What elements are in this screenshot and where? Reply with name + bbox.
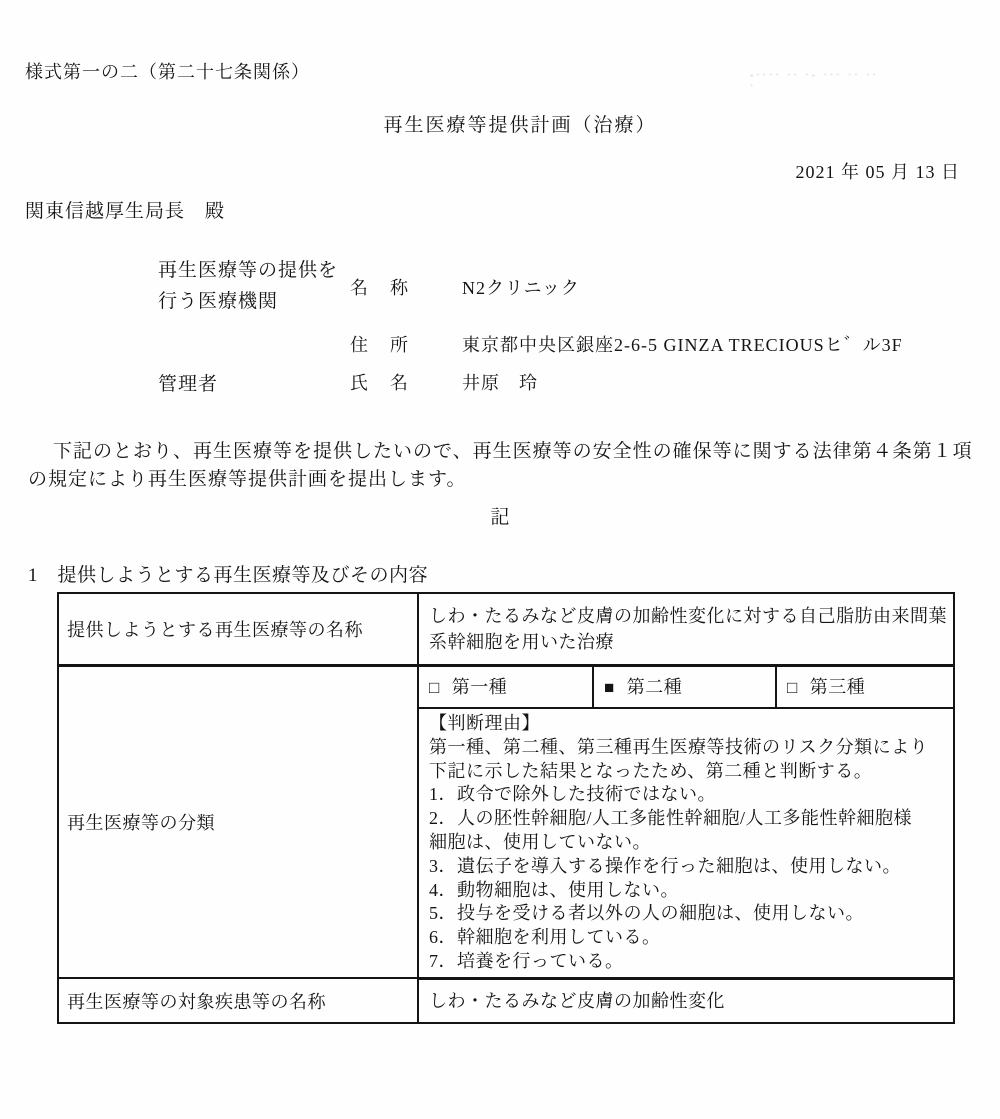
provider-label-line2: 行う医療機関 [158,286,338,317]
checkbox-unchecked-icon: □ [429,675,440,701]
classification-option-label: 第二種 [627,677,683,697]
classification-option-label: 第三種 [810,677,866,697]
ki-marker: 記 [0,502,1000,529]
form-number-label: 様式第一の二（第二十七条関係） [25,58,310,84]
provision-plan-table-wrapper: 提供しようとする再生医療等の名称 しわ・たるみなど皮膚の加齢性変化に対する自己脂… [57,592,955,1024]
classification-option-label: 第一種 [452,677,508,697]
manager-name-row: 氏 名井原 玲 [350,369,538,395]
faint-stamp-marks: -···· ·· ·- ··· ·· ·· · [750,70,880,92]
target-disease-label-cell: 再生医療等の対象疾患等の名称 [58,978,418,1023]
checkbox-checked-icon: ■ [604,675,615,701]
manager-label: 管理者 [158,369,218,396]
document-title: 再生医療等提供計画（治療） [0,110,1000,137]
treatment-name-label-cell: 提供しようとする再生医療等の名称 [58,593,418,666]
manager-name-field-value: 井原 玲 [462,373,538,393]
section-1-heading: 1 提供しようとする再生医療等及びその内容 [28,560,428,587]
addressee-line: 関東信越厚生局長 殿 [25,196,225,223]
document-date: 2021 年 05 月 13 日 [796,158,961,184]
target-disease-value-cell: しわ・たるみなど皮膚の加齢性変化 [418,978,954,1023]
manager-name-field-label: 氏 名 [350,369,410,395]
institution-name-row: 名 称N2クリニック [350,274,580,300]
classification-option-class3: □第三種 [776,666,954,709]
statement-paragraph: 下記のとおり、再生医療等を提供したいので、再生医療等の安全性の確保等に関する法律… [28,438,980,494]
table-row-treatment-name: 提供しようとする再生医療等の名称 しわ・たるみなど皮膚の加齢性変化に対する自己脂… [58,593,954,666]
provision-plan-table: 提供しようとする再生医療等の名称 しわ・たるみなど皮膚の加齢性変化に対する自己脂… [57,592,955,1024]
provider-institution-label: 再生医療等の提供を 行う医療機関 [158,255,338,317]
table-row-target-disease: 再生医療等の対象疾患等の名称 しわ・たるみなど皮膚の加齢性変化 [58,978,954,1023]
classification-option-class1: □第一種 [418,666,593,709]
classification-reason-cell: 【判断理由】 第一種、第二種、第三種再生医療等技術のリスク分類により 下記に示し… [418,708,954,978]
name-field-value: N2クリニック [462,278,580,298]
table-row-classification-options: 再生医療等の分類 □第一種 ■第二種 □第三種 [58,666,954,709]
document-page: 様式第一の二（第二十七条関係） -···· ·· ·- ··· ·· ·· · … [0,0,1000,1119]
name-field-label: 名 称 [350,274,410,300]
institution-address-row: 住 所東京都中央区銀座2-6-5 GINZA TRECIOUSヒ゛ル3F [350,331,903,357]
classification-option-class2: ■第二種 [593,666,776,709]
treatment-name-value-cell: しわ・たるみなど皮膚の加齢性変化に対する自己脂肪由来間葉系幹細胞を用いた治療 [418,593,954,666]
classification-label-cell: 再生医療等の分類 [58,666,418,979]
address-field-label: 住 所 [350,331,410,357]
checkbox-unchecked-icon: □ [787,675,798,701]
address-field-value: 東京都中央区銀座2-6-5 GINZA TRECIOUSヒ゛ル3F [462,335,903,355]
provider-label-line1: 再生医療等の提供を [158,255,338,286]
